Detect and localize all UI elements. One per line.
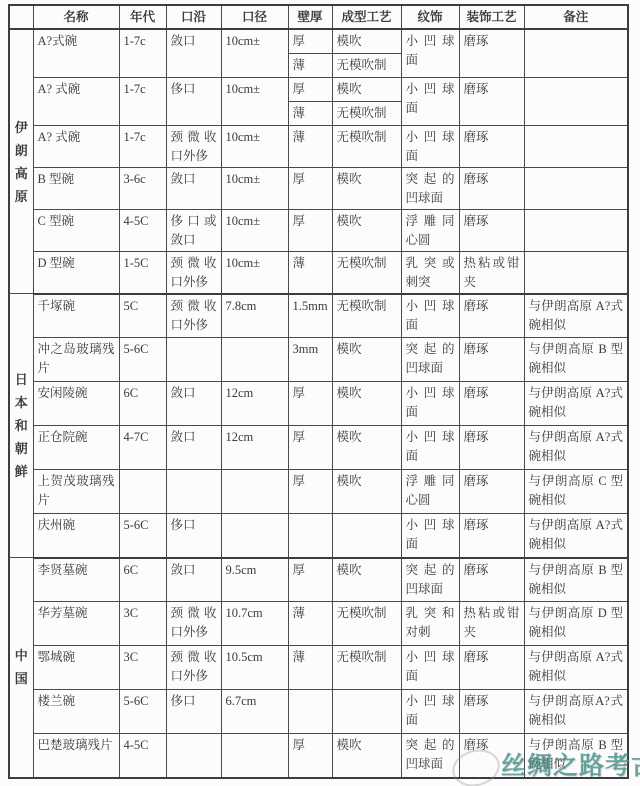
table-row: 日本和朝鲜千塚碗5C颈微收口外侈7.8cm1.5mm无模吹制小凹球面磨琢与伊朗高… — [9, 294, 628, 338]
table-row: 楼兰碗5-6C侈口6.7cm小凹球面磨琢与伊朗高原A?式碗相似 — [9, 690, 628, 734]
cell-technique: 热粘或钳夹 — [459, 602, 524, 646]
cell-technique: 磨琢 — [459, 690, 524, 734]
cell-wall: 厚 — [288, 426, 332, 470]
cell-wall: 薄 — [288, 251, 332, 294]
cell-technique: 磨琢 — [459, 77, 524, 125]
table-row: 鄂城碗3C颈微收口外侈10.5cm薄无模吹制小凹球面磨琢与伊朗高原 A?式碗相似 — [9, 646, 628, 690]
cell-decor: 浮雕同心圆 — [401, 209, 459, 251]
table-row: 伊朗高原A?式碗1-7c敛口10cm±厚模吹小凹球面磨琢 — [9, 29, 628, 53]
cell-era: 5-6C — [119, 514, 166, 558]
cell-wall: 薄 — [288, 602, 332, 646]
header-process: 成型工艺 — [332, 5, 401, 29]
table-row: 正仓院碗4-7C敛口12cm厚模吹小凹球面磨琢与伊朗高原 A?式碗相似 — [9, 426, 628, 470]
cell-wall: 厚 — [288, 470, 332, 514]
cell-process: 模吹 — [332, 558, 401, 602]
header-rim: 口沿 — [166, 5, 221, 29]
group-label: 中国 — [9, 558, 33, 778]
cell-name: 华芳墓碗 — [33, 602, 119, 646]
group-label-char: 中 — [15, 648, 28, 663]
cell-technique: 磨琢 — [459, 29, 524, 77]
cell-era: 1-5C — [119, 251, 166, 294]
cell-wall: 厚 — [288, 209, 332, 251]
cell-decor: 突起的凹球面 — [401, 338, 459, 382]
cell-name: 庆州碗 — [33, 514, 119, 558]
header-name: 名称 — [33, 5, 119, 29]
cell-technique: 磨琢 — [459, 338, 524, 382]
group-label: 伊朗高原 — [9, 29, 33, 294]
cell-decor: 小凹球面 — [401, 382, 459, 426]
cell-rim: 颈微收口外侈 — [166, 125, 221, 167]
cell-name: D 型碗 — [33, 251, 119, 294]
cell-note — [524, 77, 628, 125]
cell-era: 3C — [119, 602, 166, 646]
cell-rim: 侈口或敛口 — [166, 209, 221, 251]
cell-wall: 1.5mm — [288, 294, 332, 338]
cell-process: 模吹 — [332, 426, 401, 470]
cell-diameter: 9.5cm — [221, 558, 288, 602]
cell-name: 李贤墓碗 — [33, 558, 119, 602]
cell-diameter — [221, 734, 288, 778]
cell-decor: 乳突和对刺 — [401, 602, 459, 646]
cell-technique: 磨琢 — [459, 470, 524, 514]
header-decor: 纹饰 — [401, 5, 459, 29]
cell-note — [524, 167, 628, 209]
cell-decor: 突起的凹球面 — [401, 734, 459, 778]
cell-note — [524, 29, 628, 77]
table-row: C 型碗4-5C侈口或敛口10cm±厚模吹浮雕同心圆磨琢 — [9, 209, 628, 251]
cell-wall: 厚 — [288, 29, 332, 53]
cell-rim: 侈口 — [166, 77, 221, 125]
cell-name: 巴楚玻璃残片 — [33, 734, 119, 778]
cell-wall: 厚 — [288, 558, 332, 602]
cell-diameter: 10cm± — [221, 77, 288, 125]
cell-process: 无模吹制 — [332, 53, 401, 77]
watermark-text: 丝绸之路考古 — [501, 746, 640, 782]
cell-diameter: 10cm± — [221, 209, 288, 251]
cell-note: 与伊朗高原 A?式碗相似 — [524, 646, 628, 690]
cell-note — [524, 209, 628, 251]
cell-process: 模吹 — [332, 167, 401, 209]
cell-rim: 敛口 — [166, 558, 221, 602]
cell-name: A?式碗 — [33, 29, 119, 77]
cell-technique: 磨琢 — [459, 382, 524, 426]
cell-wall: 薄 — [288, 125, 332, 167]
group-label-char: 和 — [15, 418, 28, 433]
header-wall: 壁厚 — [288, 5, 332, 29]
cell-diameter: 10.7cm — [221, 602, 288, 646]
cell-wall: 薄 — [288, 53, 332, 77]
cell-wall — [288, 690, 332, 734]
table-row: D 型碗1-5C颈微收口外侈10cm±薄无模吹制乳突或刺突热粘或钳夹 — [9, 251, 628, 294]
cell-decor: 小凹球面 — [401, 125, 459, 167]
cell-rim — [166, 470, 221, 514]
cell-technique: 磨琢 — [459, 209, 524, 251]
header-technique: 装饰工艺 — [459, 5, 524, 29]
table-row: B 型碗3-6c敛口10cm±厚模吹突起的凹球面磨琢 — [9, 167, 628, 209]
group-label-char: 本 — [15, 395, 28, 410]
cell-rim: 侈口 — [166, 514, 221, 558]
group-label: 日本和朝鲜 — [9, 294, 33, 558]
table-row: A? 式碗1-7c颈微收口外侈10cm±薄无模吹制小凹球面磨琢 — [9, 125, 628, 167]
cell-name: B 型碗 — [33, 167, 119, 209]
corner-cell — [9, 5, 33, 29]
cell-wall: 薄 — [288, 101, 332, 125]
cell-technique: 磨琢 — [459, 125, 524, 167]
cell-process: 无模吹制 — [332, 125, 401, 167]
cell-technique: 磨琢 — [459, 558, 524, 602]
cell-technique: 磨琢 — [459, 167, 524, 209]
group-label-char: 日 — [15, 372, 28, 387]
cell-era: 4-7C — [119, 426, 166, 470]
cell-decor: 小凹球面 — [401, 514, 459, 558]
cell-rim: 颈微收口外侈 — [166, 251, 221, 294]
cell-name: 上贺茂玻璃残片 — [33, 470, 119, 514]
cell-wall: 薄 — [288, 646, 332, 690]
cell-decor: 小凹球面 — [401, 294, 459, 338]
cell-decor: 乳突或刺突 — [401, 251, 459, 294]
cell-decor: 小凹球面 — [401, 690, 459, 734]
table-header-row: 名称年代口沿口径壁厚成型工艺纹饰装饰工艺备注 — [9, 5, 628, 29]
cell-diameter: 10cm± — [221, 29, 288, 77]
cell-rim: 敛口 — [166, 426, 221, 470]
cell-diameter: 10.5cm — [221, 646, 288, 690]
cell-name: 千塚碗 — [33, 294, 119, 338]
cell-decor: 突起的凹球面 — [401, 167, 459, 209]
cell-diameter: 10cm± — [221, 125, 288, 167]
cell-process: 无模吹制 — [332, 251, 401, 294]
cell-era: 1-7c — [119, 77, 166, 125]
group-label-char: 鲜 — [15, 464, 28, 479]
table-row: 华芳墓碗3C颈微收口外侈10.7cm薄无模吹制乳突和对刺热粘或钳夹与伊朗高原 D… — [9, 602, 628, 646]
cell-diameter: 7.8cm — [221, 294, 288, 338]
cell-process: 模吹 — [332, 338, 401, 382]
cell-wall: 厚 — [288, 167, 332, 209]
cell-decor: 突起的凹球面 — [401, 558, 459, 602]
cell-era: 3-6c — [119, 167, 166, 209]
cell-diameter: 12cm — [221, 382, 288, 426]
group-label-char: 朗 — [15, 143, 28, 158]
cell-diameter: 12cm — [221, 426, 288, 470]
comparison-table-container: 名称年代口沿口径壁厚成型工艺纹饰装饰工艺备注 伊朗高原A?式碗1-7c敛口10c… — [8, 4, 628, 779]
group-label-char: 朝 — [15, 441, 28, 456]
cell-process: 无模吹制 — [332, 101, 401, 125]
cell-diameter — [221, 514, 288, 558]
cell-decor: 小凹球面 — [401, 426, 459, 470]
cell-technique: 磨琢 — [459, 294, 524, 338]
cell-name: C 型碗 — [33, 209, 119, 251]
table-row: 冲之岛玻璃残片5-6C3mm模吹突起的凹球面磨琢与伊朗高原 B 型碗相似 — [9, 338, 628, 382]
cell-era — [119, 470, 166, 514]
table-row: 安闲陵碗6C敛口12cm厚模吹小凹球面磨琢与伊朗高原 A?式碗相似 — [9, 382, 628, 426]
cell-era: 4-5C — [119, 734, 166, 778]
cell-name: 正仓院碗 — [33, 426, 119, 470]
cell-wall: 厚 — [288, 382, 332, 426]
cell-era: 5C — [119, 294, 166, 338]
cell-note: 与伊朗高原 D 型碗相似 — [524, 602, 628, 646]
cell-process: 模吹 — [332, 209, 401, 251]
cell-era: 3C — [119, 646, 166, 690]
cell-process: 模吹 — [332, 470, 401, 514]
cell-era: 5-6C — [119, 338, 166, 382]
cell-note: 与伊朗高原 A?式碗相似 — [524, 426, 628, 470]
cell-note: 与伊朗高原 C 型碗相似 — [524, 470, 628, 514]
cell-diameter: 10cm± — [221, 251, 288, 294]
cell-rim: 颈微收口外侈 — [166, 646, 221, 690]
cell-name: A? 式碗 — [33, 125, 119, 167]
cell-decor: 小凹球面 — [401, 29, 459, 77]
cell-rim: 颈微收口外侈 — [166, 602, 221, 646]
cell-wall: 3mm — [288, 338, 332, 382]
cell-note — [524, 125, 628, 167]
cell-note: 与伊朗高原 A?式碗相似 — [524, 294, 628, 338]
group-label-char: 原 — [15, 189, 28, 204]
cell-process: 无模吹制 — [332, 294, 401, 338]
group-label-char: 高 — [15, 166, 28, 181]
cell-name: 楼兰碗 — [33, 690, 119, 734]
group-label-char: 伊 — [15, 120, 28, 135]
cell-diameter: 6.7cm — [221, 690, 288, 734]
cell-era: 4-5C — [119, 209, 166, 251]
cell-diameter — [221, 338, 288, 382]
cell-note: 与伊朗高原A?式碗相似 — [524, 690, 628, 734]
cell-rim: 敛口 — [166, 382, 221, 426]
cell-technique: 磨琢 — [459, 514, 524, 558]
glass-bowl-comparison-table: 名称年代口沿口径壁厚成型工艺纹饰装饰工艺备注 伊朗高原A?式碗1-7c敛口10c… — [8, 4, 629, 779]
cell-rim — [166, 338, 221, 382]
cell-note: 与伊朗高原 B 型碗相似 — [524, 558, 628, 602]
cell-era: 1-7c — [119, 29, 166, 77]
cell-diameter: 10cm± — [221, 167, 288, 209]
cell-note: 与伊朗高原 B 型碗相似 — [524, 338, 628, 382]
cell-note — [524, 251, 628, 294]
cell-technique: 磨琢 — [459, 646, 524, 690]
cell-diameter — [221, 470, 288, 514]
cell-technique: 磨琢 — [459, 426, 524, 470]
cell-name: 冲之岛玻璃残片 — [33, 338, 119, 382]
cell-rim: 侈口 — [166, 690, 221, 734]
cell-era: 6C — [119, 558, 166, 602]
cell-decor: 小凹球面 — [401, 646, 459, 690]
header-diameter: 口径 — [221, 5, 288, 29]
cell-process — [332, 690, 401, 734]
cell-wall: 厚 — [288, 734, 332, 778]
cell-process: 模吹 — [332, 734, 401, 778]
cell-rim: 敛口 — [166, 29, 221, 77]
cell-era: 6C — [119, 382, 166, 426]
cell-wall: 厚 — [288, 77, 332, 101]
cell-process: 模吹 — [332, 77, 401, 101]
cell-name: A? 式碗 — [33, 77, 119, 125]
cell-era: 5-6C — [119, 690, 166, 734]
cell-rim: 颈微收口外侈 — [166, 294, 221, 338]
cell-decor: 浮雕同心圆 — [401, 470, 459, 514]
cell-technique: 热粘或钳夹 — [459, 251, 524, 294]
cell-name: 鄂城碗 — [33, 646, 119, 690]
cell-decor: 小凹球面 — [401, 77, 459, 125]
group-label-char: 国 — [15, 671, 28, 686]
cell-process: 无模吹制 — [332, 602, 401, 646]
table-row: A? 式碗1-7c侈口10cm±厚模吹小凹球面磨琢 — [9, 77, 628, 101]
cell-process: 无模吹制 — [332, 646, 401, 690]
table-row: 中国李贤墓碗6C敛口9.5cm厚模吹突起的凹球面磨琢与伊朗高原 B 型碗相似 — [9, 558, 628, 602]
cell-name: 安闲陵碗 — [33, 382, 119, 426]
table-row: 上贺茂玻璃残片厚模吹浮雕同心圆磨琢与伊朗高原 C 型碗相似 — [9, 470, 628, 514]
cell-wall — [288, 514, 332, 558]
cell-rim: 敛口 — [166, 167, 221, 209]
header-note: 备注 — [524, 5, 628, 29]
cell-process: 模吹 — [332, 382, 401, 426]
cell-rim — [166, 734, 221, 778]
cell-era: 1-7c — [119, 125, 166, 167]
table-row: 庆州碗5-6C侈口小凹球面磨琢与伊朗高原 A?式碗相似 — [9, 514, 628, 558]
cell-process: 模吹 — [332, 29, 401, 53]
header-era: 年代 — [119, 5, 166, 29]
cell-note: 与伊朗高原 A?式碗相似 — [524, 382, 628, 426]
cell-note: 与伊朗高原 A?式碗相似 — [524, 514, 628, 558]
cell-process — [332, 514, 401, 558]
